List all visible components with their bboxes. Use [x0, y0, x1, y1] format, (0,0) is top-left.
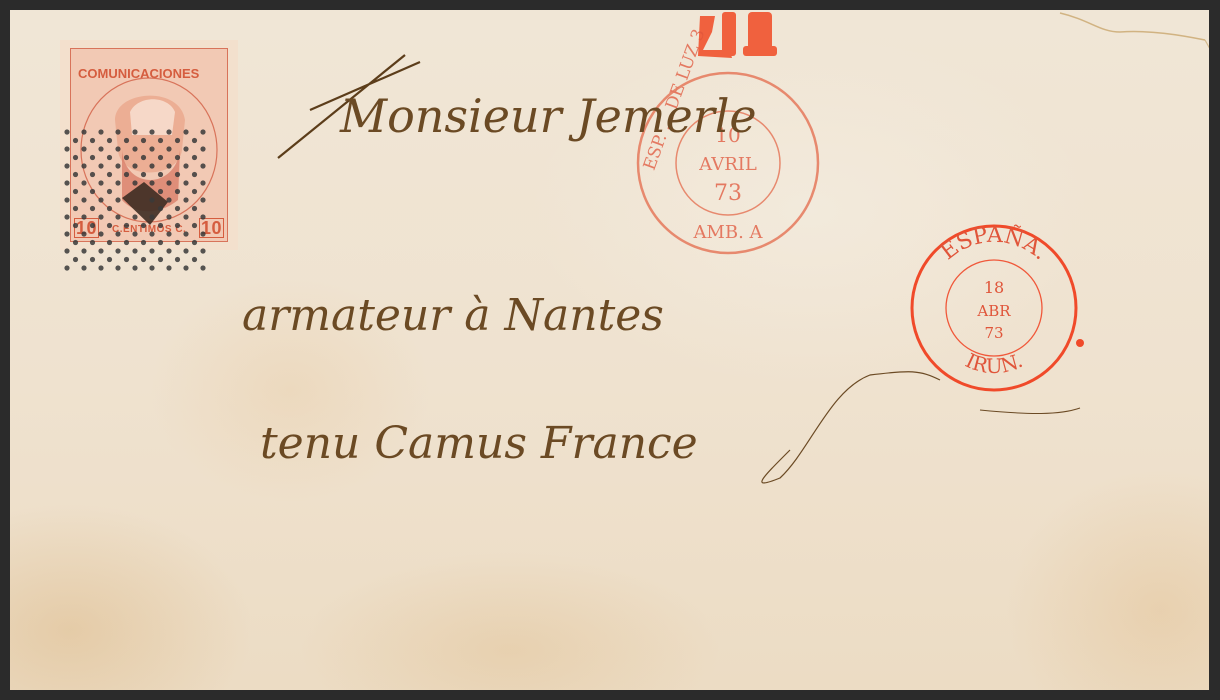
red-pd-mark [698, 12, 777, 58]
envelope: COMUNICACIONES 10 C.ENTIMOS C. 10 10 AVR… [10, 10, 1209, 690]
postmark-origin-month: AVRIL [698, 154, 757, 175]
postmark-irun-month: ABR [976, 302, 1011, 320]
markings-layer: 10 AVRIL 73 AMB. A ESP. ... DE LUZ 3 ESP… [10, 10, 1209, 690]
address-line-2: armateur à Nantes [242, 290, 664, 341]
postmark-irun-year: 73 [984, 324, 1003, 342]
address-line-1: Monsieur Jemerle [339, 89, 757, 143]
postmark-irun-bottom: IRUN. [962, 348, 1026, 378]
postmark-origin-year: 73 [714, 181, 742, 206]
postmark-irun: ESPAÑA. IRUN. 18 ABR 73 [912, 221, 1084, 390]
postmark-origin-bottom: AMB. A [692, 222, 763, 243]
handwritten-address: Monsieur Jemerle armateur à Nantes tenu … [242, 55, 1080, 483]
dotted-cancel [64, 129, 205, 270]
address-line-3: tenu Camus France [260, 418, 698, 469]
postmark-irun-top: ESPAÑA. [936, 221, 1053, 265]
postmark-irun-day: 18 [984, 278, 1004, 297]
